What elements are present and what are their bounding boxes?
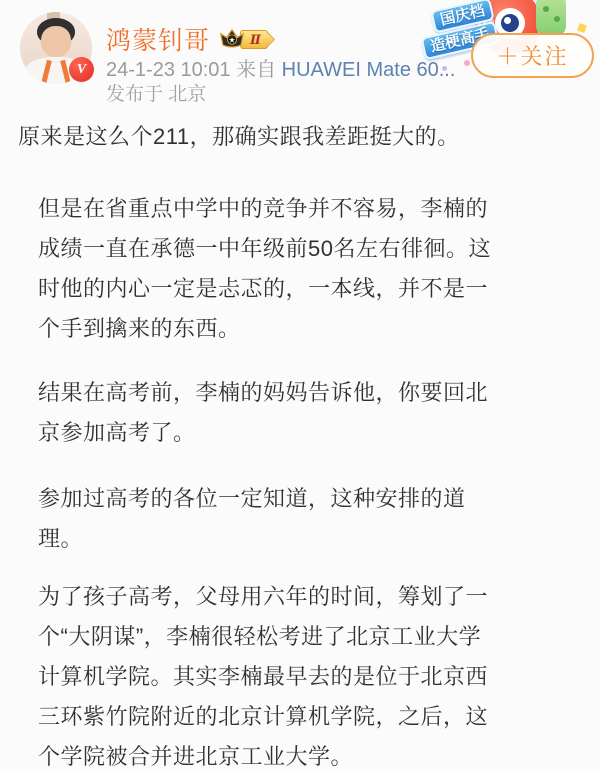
avatar-face <box>41 26 71 57</box>
post-meta-row: 24-1-23 10:01 来自 HUAWEI Mate 60... <box>106 58 466 82</box>
green-mascot-icon <box>536 0 566 36</box>
post-paragraph: 参加过高考的各位一定知道，这种安排的道 理。 <box>38 479 563 559</box>
mascot-spot <box>543 6 549 12</box>
post-paragraph: 结果在高考前，李楠的妈妈告诉他，你要回北 京参加高考了。 <box>38 373 563 453</box>
post-location: 发布于 北京 <box>106 83 466 107</box>
post-body: 原来是这么个211，那确实跟我差距挺大的。 但是在省重点中学中的竞争并不容易，李… <box>0 117 600 769</box>
username-row: 鸿蒙钊哥 ★ Ⅱ <box>106 24 466 54</box>
confetti-dot <box>464 60 470 66</box>
mascot-spot <box>554 16 560 22</box>
crown-star-icon: ★ <box>229 36 236 45</box>
post-paragraph: 但是在省重点中学中的竞争并不容易，李楠的 成绩一直在承德一中年级前50名左右徘徊… <box>38 189 563 349</box>
timestamp: 24-1-23 10:01 <box>106 59 231 81</box>
post-header: V 鸿蒙钊哥 ★ Ⅱ 24-1-23 10:01 来自 HUAWEI Mate … <box>0 0 600 118</box>
mascot-eye-iris <box>501 14 519 32</box>
user-info-block: 鸿蒙钊哥 ★ Ⅱ 24-1-23 10:01 来自 HUAWEI Mate 60… <box>106 24 466 107</box>
source-prefix: 来自 <box>236 59 276 81</box>
crown-icon: ★ <box>219 28 245 50</box>
mascot-eye-glint <box>504 17 511 24</box>
post-paragraph: 原来是这么个211，那确实跟我差距挺大的。 <box>18 117 563 157</box>
weibo-post-page: V 鸿蒙钊哥 ★ Ⅱ 24-1-23 10:01 来自 HUAWEI Mate … <box>0 0 600 769</box>
verified-badge-icon: V <box>69 57 94 82</box>
follow-button[interactable]: ＋关注 <box>471 33 594 78</box>
confetti-dot <box>577 23 587 33</box>
username[interactable]: 鸿蒙钊哥 <box>106 21 210 57</box>
vip-badge[interactable]: ★ Ⅱ <box>219 28 268 50</box>
post-paragraph: 为了孩子高考，父母用六年的时间，筹划了一 个“大阴谋”，李楠很轻松考进了北京工业… <box>38 577 563 769</box>
confetti-dot <box>442 66 447 71</box>
